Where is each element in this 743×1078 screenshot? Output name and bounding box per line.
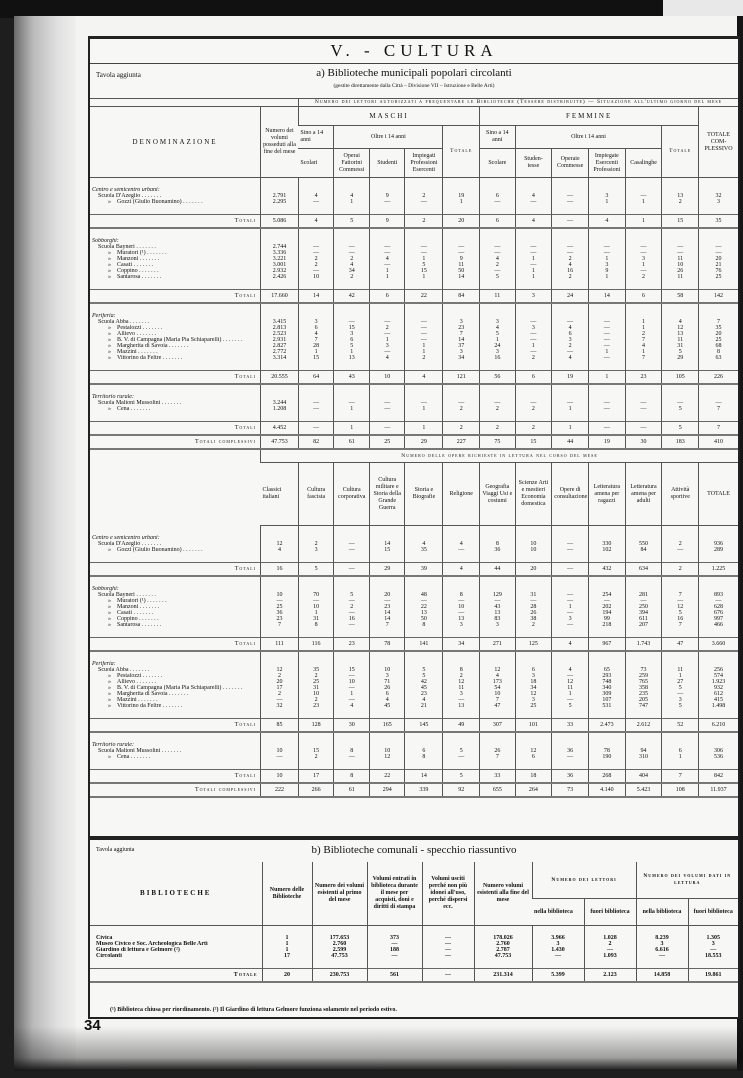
header-f-totale: Totale bbox=[662, 126, 699, 178]
subtotal-label: Totali bbox=[90, 719, 261, 733]
spacer-cell bbox=[369, 303, 405, 313]
spacer-cell bbox=[662, 412, 699, 422]
spacer-row bbox=[90, 178, 738, 188]
total-value-b: 231.314 bbox=[474, 969, 532, 983]
header-blank bbox=[90, 449, 261, 526]
subtotal-row: Totali4.452—1—12221——57 bbox=[90, 422, 738, 436]
spacer-cell bbox=[405, 303, 443, 313]
subtotal-value: 9 bbox=[369, 215, 405, 229]
subtotal-value: 22 bbox=[405, 290, 443, 304]
subtotal-value: 141 bbox=[405, 638, 443, 652]
subtotal-value: 29 bbox=[369, 563, 405, 577]
header-row-opere: Numero delle opere richieste in lettura … bbox=[90, 449, 738, 463]
spacer-cell bbox=[636, 926, 688, 936]
spacer-cell bbox=[405, 651, 443, 661]
header-b-subcol: nella biblioteca bbox=[532, 899, 584, 926]
subtotal-value: 22 bbox=[369, 770, 405, 784]
subtotal-value: 842 bbox=[699, 770, 738, 784]
spacer-cell bbox=[405, 628, 443, 638]
spacer-cell bbox=[515, 628, 552, 638]
spacer-row bbox=[90, 526, 738, 536]
spacer-cell bbox=[480, 576, 516, 586]
subtotal-value: 20.555 bbox=[261, 371, 299, 385]
header-opere-col: Letteratura amena per adulti bbox=[625, 463, 662, 526]
subtotal-value: — bbox=[298, 422, 334, 436]
grand-total-label: Totali complessivi bbox=[90, 435, 261, 449]
spacer-cell bbox=[699, 651, 738, 661]
spacer-cell bbox=[662, 709, 699, 719]
header-m-col: Operai Fattorini Commessi bbox=[334, 149, 370, 178]
header-m-col: Scolari bbox=[298, 149, 334, 178]
subtotal-value: 84 bbox=[443, 290, 480, 304]
spacer-cell bbox=[334, 280, 370, 290]
spacer-cell bbox=[261, 303, 299, 313]
spacer-cell bbox=[298, 526, 334, 536]
spacer-cell bbox=[369, 732, 405, 742]
spacer-cell bbox=[480, 526, 516, 536]
spacer-cell bbox=[405, 709, 443, 719]
spacer-cell bbox=[298, 628, 334, 638]
subtotal-value: 116 bbox=[298, 638, 334, 652]
header-volumi-b: Numero dei volumi dati in lettura bbox=[636, 862, 738, 899]
spacer-cell bbox=[422, 926, 474, 936]
spacer-cell bbox=[699, 732, 738, 742]
header-row-lettori: Numero dei lettori autorizzati a frequen… bbox=[90, 99, 738, 107]
grand-total-value: 61 bbox=[334, 783, 370, 797]
table-b-title: b) Biblioteche comunali - specchio riass… bbox=[90, 844, 738, 856]
spacer-cell bbox=[334, 709, 370, 719]
spacer-cell bbox=[662, 576, 699, 586]
school-name: Gozzi (Giulio Buonamino) bbox=[117, 199, 182, 205]
spacer-row bbox=[90, 926, 738, 936]
spacer-cell bbox=[552, 526, 589, 536]
subtotal-label: Totali bbox=[90, 563, 261, 577]
scan-bottom-shadow bbox=[14, 1026, 743, 1071]
leader-dots: . . . . . . . bbox=[160, 748, 181, 754]
spacer-cell bbox=[298, 651, 334, 661]
spacer-cell bbox=[261, 709, 299, 719]
spacer-cell bbox=[588, 303, 625, 313]
spacer-cell bbox=[312, 926, 367, 936]
grand-total-value: 339 bbox=[405, 783, 443, 797]
spacer-cell bbox=[334, 526, 370, 536]
subtotal-value: 23 bbox=[625, 371, 662, 385]
subtotal-value: 404 bbox=[625, 770, 662, 784]
grand-total-value: 73 bbox=[552, 783, 589, 797]
header-femmine: FEMMINE bbox=[480, 107, 699, 126]
spacer-cell bbox=[334, 303, 370, 313]
subtotal-value: 19 bbox=[552, 371, 589, 385]
spacer-row bbox=[90, 732, 738, 742]
grand-total-value: 61 bbox=[334, 435, 370, 449]
spacer-cell bbox=[261, 280, 299, 290]
spacer-cell bbox=[298, 205, 334, 215]
document-page: V. - CULTURA Tavola aggiunta a) Bibliote… bbox=[14, 16, 743, 1071]
spacer-cell bbox=[90, 178, 261, 188]
spacer-cell bbox=[262, 959, 312, 969]
grand-total-value: 410 bbox=[699, 435, 738, 449]
spacer-cell bbox=[474, 926, 532, 936]
subtotal-value: 8 bbox=[334, 770, 370, 784]
subtotal-value: 3.660 bbox=[699, 638, 738, 652]
grand-total-value: 19 bbox=[588, 435, 625, 449]
subtotal-value: 2.612 bbox=[625, 719, 662, 733]
header-opere-col: Geografia Viaggi Usi e costumi bbox=[480, 463, 516, 526]
spacer-cell bbox=[405, 576, 443, 586]
header-opere-col: Classici italiani bbox=[261, 463, 299, 526]
subtotal-value: 2.473 bbox=[588, 719, 625, 733]
header-opere-col: TOTALE bbox=[699, 463, 738, 526]
spacer-cell bbox=[625, 303, 662, 313]
spacer-cell bbox=[480, 732, 516, 742]
subtotal-value: 5.086 bbox=[261, 215, 299, 229]
subtotal-value: 1 bbox=[552, 422, 589, 436]
leader-dots: . . . . . . . bbox=[160, 400, 181, 406]
spacer-cell bbox=[625, 228, 662, 238]
spacer-cell bbox=[90, 553, 261, 563]
spacer-row bbox=[90, 280, 738, 290]
spacer-cell bbox=[515, 760, 552, 770]
opere-grand-total-row: Totali complessivi2222666129433992655264… bbox=[90, 783, 738, 797]
spacer-cell bbox=[552, 732, 589, 742]
spacer-cell bbox=[443, 228, 480, 238]
spacer-cell bbox=[298, 280, 334, 290]
subtotal-label: Totali bbox=[90, 638, 261, 652]
subtotal-row: Totali851283016514549307101332.4732.6125… bbox=[90, 719, 738, 733]
header-volumi: Numero dei volumi posseduti alla fine de… bbox=[261, 107, 299, 178]
grand-total-label: Totali complessivi bbox=[90, 783, 261, 797]
header-b-col: Numero volumi esistenti alla fine del me… bbox=[474, 862, 532, 926]
table-b: BIBLIOTECHENumero delle BibliotecheNumer… bbox=[90, 862, 738, 983]
subtotal-value: 5 bbox=[298, 563, 334, 577]
spacer-cell bbox=[369, 628, 405, 638]
leader-dots: . . . . . . . bbox=[161, 355, 182, 361]
leader-dots: . . . . . . . bbox=[221, 685, 242, 691]
spacer-cell bbox=[369, 280, 405, 290]
subtotal-value: 4 bbox=[588, 215, 625, 229]
spacer-cell bbox=[298, 553, 334, 563]
spacer-cell bbox=[552, 553, 589, 563]
spacer-cell bbox=[480, 361, 516, 371]
spacer-cell bbox=[443, 361, 480, 371]
subtotal-label: Totali bbox=[90, 770, 261, 784]
book-spine-shadow bbox=[14, 16, 76, 1071]
spacer-cell bbox=[480, 228, 516, 238]
subtotal-value: 15 bbox=[662, 215, 699, 229]
subtotal-value: 226 bbox=[699, 371, 738, 385]
spacer-cell bbox=[625, 760, 662, 770]
spacer-cell bbox=[422, 959, 474, 969]
spacer-cell bbox=[625, 732, 662, 742]
leader-dots: . . . . . . . bbox=[140, 622, 161, 628]
grand-total-value: 11.937 bbox=[699, 783, 738, 797]
spacer-cell bbox=[405, 280, 443, 290]
spacer-cell bbox=[405, 205, 443, 215]
subtotal-value: 35 bbox=[699, 215, 738, 229]
ditto-mark: » bbox=[108, 199, 111, 205]
header-b-subcol: fuori biblioteca bbox=[688, 899, 738, 926]
spacer-cell bbox=[515, 709, 552, 719]
header-m-sino14: Sino a 14 anni bbox=[298, 126, 334, 149]
school-name: Cena bbox=[117, 754, 129, 760]
spacer-cell bbox=[443, 303, 480, 313]
spacer-cell bbox=[552, 280, 589, 290]
subtotal-value: 105 bbox=[662, 371, 699, 385]
spacer-cell bbox=[515, 526, 552, 536]
subtotal-label: Totali bbox=[90, 371, 261, 385]
spacer-cell bbox=[588, 732, 625, 742]
spacer-cell bbox=[261, 412, 299, 422]
subtotal-row: Totali10178221453318362684047842 bbox=[90, 770, 738, 784]
header-b-col: Volumi entrati in biblioteca durante il … bbox=[367, 862, 422, 926]
header-m-totale: Totale bbox=[443, 126, 480, 178]
subtotal-value: 11 bbox=[480, 290, 516, 304]
spacer-cell bbox=[261, 384, 299, 394]
spacer-cell bbox=[261, 205, 299, 215]
grand-total-value: 183 bbox=[662, 435, 699, 449]
leader-dots: . . . . . . . bbox=[140, 274, 161, 280]
spacer-cell bbox=[552, 760, 589, 770]
spacer-cell bbox=[552, 303, 589, 313]
spacer-row bbox=[90, 412, 738, 422]
total-value-b: 20 bbox=[262, 969, 312, 983]
subtotal-row: Totali20.555644310412156619123105226 bbox=[90, 371, 738, 385]
subtotal-value: 4 bbox=[298, 215, 334, 229]
subtotal-value: 16 bbox=[261, 563, 299, 577]
subtotal-value: 85 bbox=[261, 719, 299, 733]
header-opere-col: Letteratura amena per ragazzi bbox=[588, 463, 625, 526]
spacer-cell bbox=[443, 384, 480, 394]
spacer-cell bbox=[552, 709, 589, 719]
spacer-cell bbox=[298, 760, 334, 770]
subtotal-value: 6 bbox=[515, 371, 552, 385]
table-a-subtitle: (gestite direttamente dalla Città – Divi… bbox=[90, 83, 738, 89]
ditto-mark: » bbox=[108, 622, 111, 628]
subtotal-value: 18 bbox=[515, 770, 552, 784]
spacer-cell bbox=[699, 361, 738, 371]
subtotal-value: 36 bbox=[552, 770, 589, 784]
spacer-cell bbox=[699, 628, 738, 638]
spacer-cell bbox=[443, 709, 480, 719]
spacer-cell bbox=[636, 959, 688, 969]
spacer-row bbox=[90, 760, 738, 770]
header-opere-col: Cultura corporativa bbox=[334, 463, 370, 526]
spacer-cell bbox=[90, 709, 261, 719]
subtotal-row: Totali165—293944420—43263421.225 bbox=[90, 563, 738, 577]
spacer-cell bbox=[334, 412, 370, 422]
spacer-cell bbox=[443, 412, 480, 422]
spacer-cell bbox=[515, 205, 552, 215]
spacer-cell bbox=[90, 412, 261, 422]
spacer-cell bbox=[334, 361, 370, 371]
spacer-cell bbox=[443, 760, 480, 770]
total-value-b: 561 bbox=[367, 969, 422, 983]
spacer-cell bbox=[443, 651, 480, 661]
header-f-col: Scolare bbox=[480, 149, 516, 178]
spacer-cell bbox=[625, 361, 662, 371]
spacer-row bbox=[90, 303, 738, 313]
school-name: Cena bbox=[117, 406, 129, 412]
spacer-cell bbox=[588, 526, 625, 536]
subtotal-value: 64 bbox=[298, 371, 334, 385]
header-b-col: Volumi usciti perché non più idonei all'… bbox=[422, 862, 474, 926]
total-row-b: Totale20230.753561—231.3145.3992.12314.8… bbox=[90, 969, 738, 983]
spacer-cell bbox=[443, 576, 480, 586]
spacer-cell bbox=[480, 303, 516, 313]
spacer-cell bbox=[480, 280, 516, 290]
spacer-cell bbox=[699, 576, 738, 586]
spacer-cell bbox=[662, 384, 699, 394]
spacer-cell bbox=[261, 553, 299, 563]
spacer-cell bbox=[688, 959, 738, 969]
ditto-mark: » bbox=[108, 547, 111, 553]
subtotal-row: Totali11111623781413427112549671.743473.… bbox=[90, 638, 738, 652]
total-value-b: 14.858 bbox=[636, 969, 688, 983]
subtotal-value: 967 bbox=[588, 638, 625, 652]
spacer-cell bbox=[90, 732, 261, 742]
table-a: Numero dei lettori autorizzati a frequen… bbox=[90, 99, 738, 798]
spacer-cell bbox=[405, 178, 443, 188]
subtotal-value: 2 bbox=[443, 422, 480, 436]
subtotal-value: 165 bbox=[369, 719, 405, 733]
subtotal-value: 2 bbox=[515, 422, 552, 436]
leader-dots: . . . . . . . bbox=[182, 199, 203, 205]
grand-total-value: 29 bbox=[405, 435, 443, 449]
grand-total-value: 30 bbox=[625, 435, 662, 449]
spacer-cell bbox=[699, 228, 738, 238]
spacer-cell bbox=[662, 303, 699, 313]
subtotal-value: 14 bbox=[298, 290, 334, 304]
spacer-cell bbox=[261, 651, 299, 661]
school-name: Vittorino da Feltre bbox=[117, 703, 161, 709]
spacer-cell bbox=[552, 651, 589, 661]
subtotal-row: Totali5.08645922064—411535 bbox=[90, 215, 738, 229]
spacer-cell bbox=[515, 384, 552, 394]
spacer-cell bbox=[662, 280, 699, 290]
spacer-cell bbox=[699, 526, 738, 536]
ditto-mark: » bbox=[108, 274, 111, 280]
spacer-cell bbox=[261, 178, 299, 188]
spacer-cell bbox=[334, 384, 370, 394]
spacer-cell bbox=[588, 709, 625, 719]
spacer-cell bbox=[90, 760, 261, 770]
grand-total-value: 4.140 bbox=[588, 783, 625, 797]
header-lettori: Numero dei lettori autorizzati a frequen… bbox=[298, 99, 738, 107]
spacer-row bbox=[90, 959, 738, 969]
header-opere-col: Cultura militare e Storia della Grande G… bbox=[369, 463, 405, 526]
spacer-cell bbox=[480, 384, 516, 394]
subtotal-value: 78 bbox=[369, 638, 405, 652]
subtotal-value: 1 bbox=[334, 422, 370, 436]
spacer-cell bbox=[369, 228, 405, 238]
subtotal-value: 58 bbox=[662, 290, 699, 304]
subtotal-value: 6.210 bbox=[699, 719, 738, 733]
header-f-col: Studen- tesse bbox=[515, 149, 552, 178]
subtotal-value: 30 bbox=[334, 719, 370, 733]
ditto-mark: » bbox=[108, 754, 111, 760]
header-biblioteche: BIBLIOTECHE bbox=[90, 862, 262, 926]
header-opere: Numero delle opere richieste in lettura … bbox=[261, 449, 738, 463]
spacer-cell bbox=[662, 628, 699, 638]
spacer-cell bbox=[662, 526, 699, 536]
spacer-cell bbox=[552, 384, 589, 394]
spacer-cell bbox=[515, 178, 552, 188]
spacer-cell bbox=[625, 576, 662, 586]
spacer-cell bbox=[625, 205, 662, 215]
header-opere-col: Religione bbox=[443, 463, 480, 526]
header-maschi: MASCHI bbox=[298, 107, 479, 126]
spacer-cell bbox=[480, 709, 516, 719]
spacer-cell bbox=[662, 732, 699, 742]
spacer-cell bbox=[552, 412, 589, 422]
subtotal-value: — bbox=[552, 215, 589, 229]
grand-total-value: 108 bbox=[662, 783, 699, 797]
spacer-cell bbox=[261, 732, 299, 742]
subtotal-value: — bbox=[625, 422, 662, 436]
spacer-cell bbox=[312, 959, 367, 969]
spacer-cell bbox=[261, 361, 299, 371]
subtotal-value: 128 bbox=[298, 719, 334, 733]
subtotal-value: 14 bbox=[405, 770, 443, 784]
subtotal-value: — bbox=[369, 422, 405, 436]
spacer-cell bbox=[369, 760, 405, 770]
spacer-cell bbox=[699, 384, 738, 394]
spacer-cell bbox=[405, 412, 443, 422]
subtotal-value: 2 bbox=[480, 422, 516, 436]
subtotal-value: 4 bbox=[443, 563, 480, 577]
spacer-cell bbox=[262, 926, 312, 936]
header-opere-col: Storia e Biografie bbox=[405, 463, 443, 526]
spacer-row bbox=[90, 709, 738, 719]
spacer-cell bbox=[334, 178, 370, 188]
spacer-cell bbox=[588, 553, 625, 563]
spacer-cell bbox=[298, 361, 334, 371]
subtotal-value: 17.660 bbox=[261, 290, 299, 304]
table-a-caption: Tavola aggiunta a) Biblioteche municipal… bbox=[90, 64, 738, 99]
total-value-b: 2.123 bbox=[584, 969, 636, 983]
spacer-cell bbox=[298, 709, 334, 719]
subtotal-value: 6 bbox=[369, 290, 405, 304]
header-f-col: Casalinghe bbox=[625, 149, 662, 178]
spacer-cell bbox=[369, 526, 405, 536]
total-value-b: — bbox=[422, 969, 474, 983]
header-b-col: Numero dei volumi esistenti al primo del… bbox=[312, 862, 367, 926]
spacer-row bbox=[90, 228, 738, 238]
subtotal-value: 10 bbox=[369, 371, 405, 385]
grand-total-value: 227 bbox=[443, 435, 480, 449]
spacer-cell bbox=[90, 280, 261, 290]
subtotal-value: — bbox=[588, 422, 625, 436]
spacer-cell bbox=[662, 553, 699, 563]
subtotal-value: 5 bbox=[662, 422, 699, 436]
subtotal-value: 6 bbox=[480, 215, 516, 229]
spacer-cell bbox=[588, 412, 625, 422]
spacer-cell bbox=[369, 178, 405, 188]
spacer-cell bbox=[699, 412, 738, 422]
subtotal-value: 7 bbox=[662, 770, 699, 784]
spacer-cell bbox=[367, 926, 422, 936]
subtotal-label: Totali bbox=[90, 215, 261, 229]
subtotal-value: 125 bbox=[515, 638, 552, 652]
subtotal-value: 1.225 bbox=[699, 563, 738, 577]
spacer-cell bbox=[515, 303, 552, 313]
spacer-cell bbox=[515, 651, 552, 661]
spacer-cell bbox=[515, 228, 552, 238]
spacer-cell bbox=[588, 228, 625, 238]
leader-dots: . . . . . . . bbox=[182, 547, 203, 553]
subtotal-value: 1 bbox=[625, 215, 662, 229]
ditto-mark: » bbox=[108, 355, 111, 361]
